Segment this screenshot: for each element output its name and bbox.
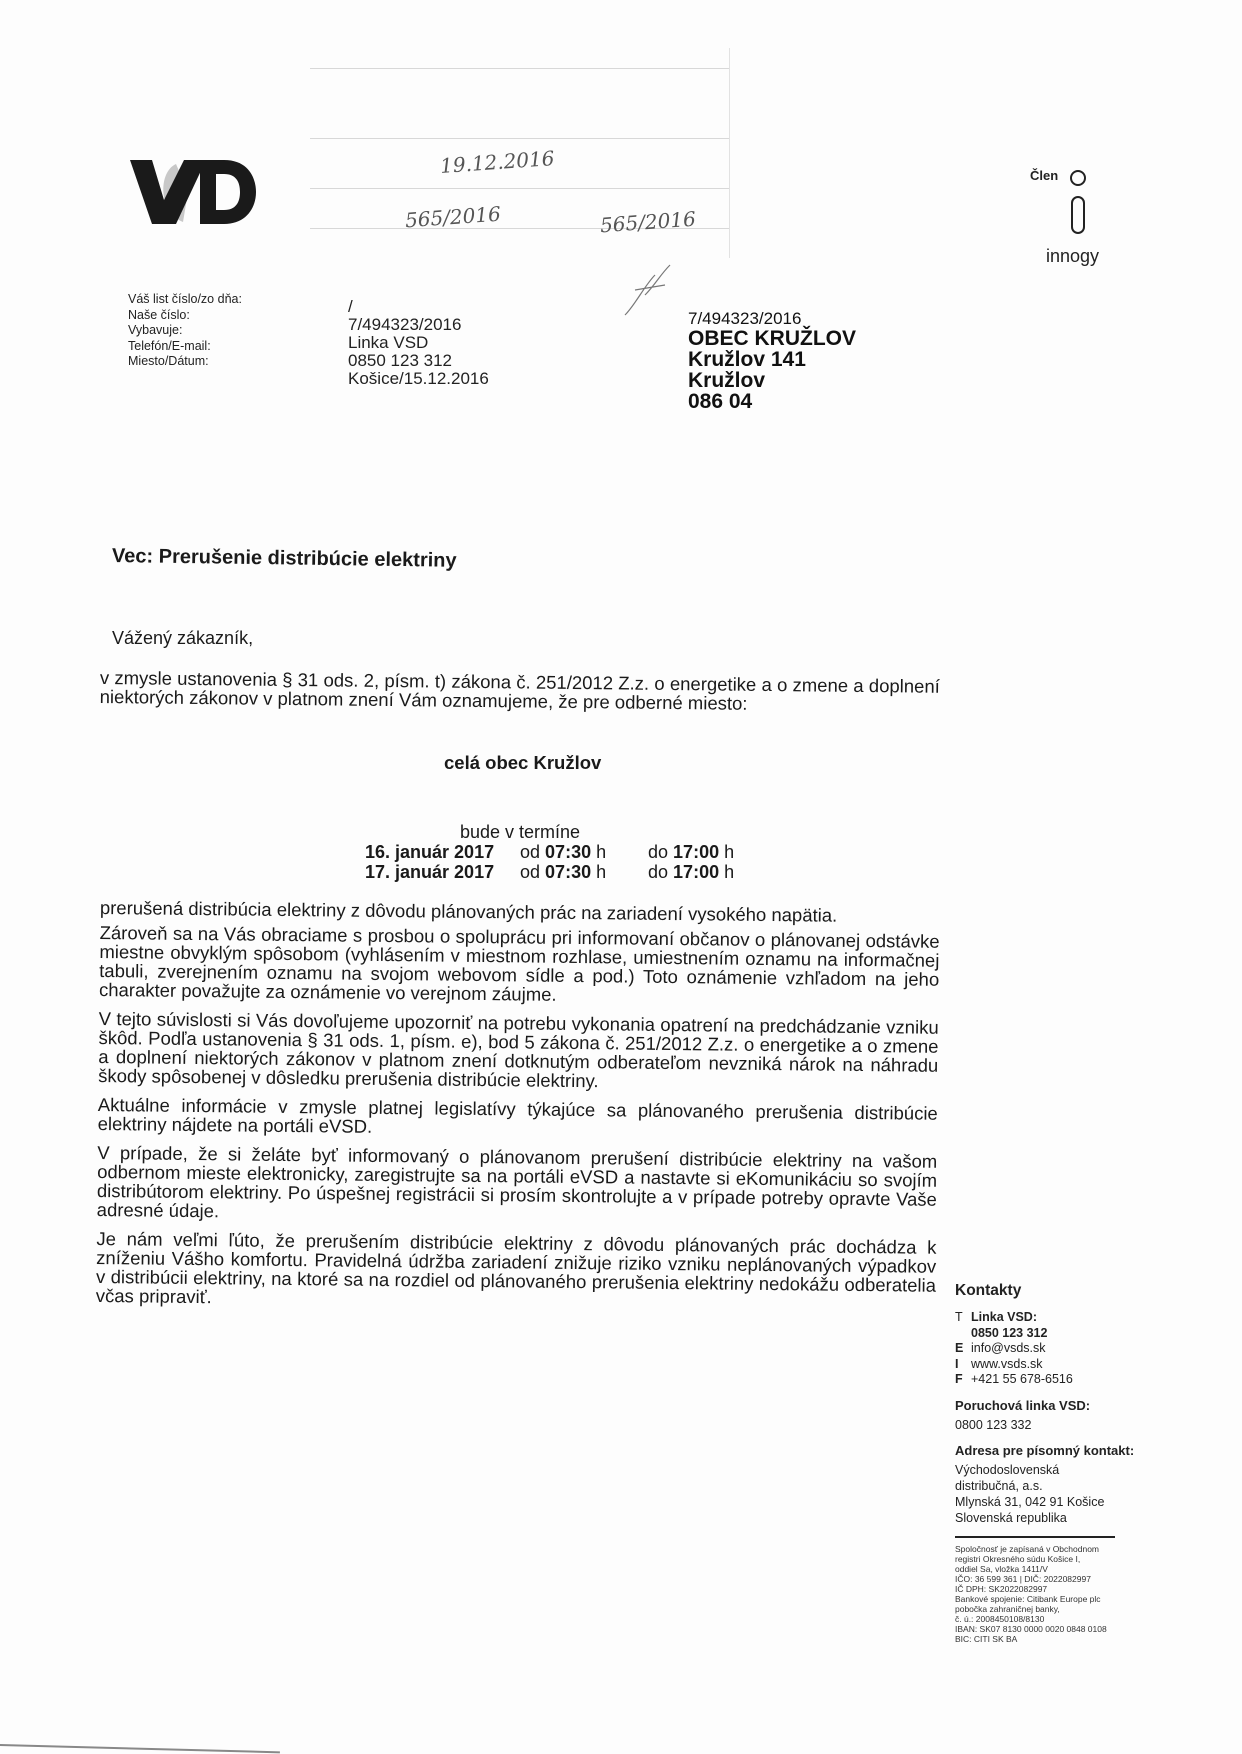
ref-value: / <box>348 298 489 316</box>
legal-line: IBAN: SK07 8130 0000 0020 0848 0108 <box>955 1624 1140 1634</box>
legal-line: IČO: 36 599 361 | DIČ: 2022082997 <box>955 1574 1140 1584</box>
legal-line: Bankové spojenie: Citibank Europe plc <box>955 1594 1140 1604</box>
signature <box>615 255 685 325</box>
greeting: Vážený zákazník, <box>112 628 253 649</box>
recipient-city: Kružlov <box>688 370 856 391</box>
legal-line: BIC: CITI SK BA <box>955 1634 1140 1644</box>
contacts-title: Kontakty <box>955 1282 1140 1300</box>
address-line: Východoslovenská <box>955 1462 1140 1478</box>
unit: h <box>724 842 734 862</box>
address-line: Slovenská republika <box>955 1510 1140 1526</box>
subject-line: Vec: Prerušenie distribúcie elektriny <box>112 545 457 573</box>
phone-key: T <box>955 1310 971 1326</box>
innogy-dot-icon <box>1070 170 1086 186</box>
recipient-street: Kružlov 141 <box>688 349 856 370</box>
to-label: do <box>648 862 668 882</box>
body-paragraph: Je nám veľmi ľúto, že prerušením distrib… <box>96 1229 937 1314</box>
ref-value: 7/494323/2016 <box>348 316 489 334</box>
legal-line: Spoločnosť je zapísaná v Obchodnom <box>955 1544 1140 1554</box>
term-heading: bude v termíne <box>460 822 580 843</box>
ref-label: Telefón/E-mail: <box>128 339 242 355</box>
fault-line-label: Poruchová linka VSD: <box>955 1398 1140 1413</box>
to-time: 17:00 <box>673 842 719 862</box>
legal-line: IČ DPH: SK2022082997 <box>955 1584 1140 1594</box>
innogy-logo-icon <box>1071 196 1085 234</box>
ref-value: Linka VSD <box>348 334 489 352</box>
ref-label: Naše číslo: <box>128 308 242 324</box>
unit: h <box>724 862 734 882</box>
schedule-date: 17. január 2017 <box>365 862 520 882</box>
recipient-name: OBEC KRUŽLOV <box>688 328 856 349</box>
legal-line: registri Okresného súdu Košice I, <box>955 1554 1140 1564</box>
recipient-address: 7/494323/2016 OBEC KRUŽLOV Kružlov 141 K… <box>688 310 856 412</box>
outage-schedule: 16. január 2017 od 07:30 h do 17:00 h 17… <box>365 842 734 882</box>
body-paragraph: Zároveň sa na Vás obraciame s prosbou o … <box>99 923 940 1008</box>
letter-body: prerušená distribúcia elektriny z dôvodu… <box>96 898 940 1324</box>
schedule-date: 16. január 2017 <box>365 842 520 862</box>
unit: h <box>596 842 606 862</box>
address-label: Adresa pre písomný kontakt: <box>955 1443 1140 1458</box>
from-time: 07:30 <box>545 862 591 882</box>
phone-label: Linka VSD: <box>971 1310 1037 1326</box>
recipient-ref: 7/494323/2016 <box>688 310 856 328</box>
unit: h <box>596 862 606 882</box>
recipient-zip: 086 04 <box>688 391 856 412</box>
intro-text: v zmysle ustanovenia § 31 ods. 2, písm. … <box>100 668 940 715</box>
intro-paragraph: v zmysle ustanovenia § 31 ods. 2, písm. … <box>99 668 939 725</box>
vsd-logo-icon <box>128 152 258 232</box>
legal-info: Spoločnosť je zapísaná v Obchodnom regis… <box>955 1544 1140 1644</box>
divider <box>955 1536 1115 1538</box>
ref-value: 0850 123 312 <box>348 352 489 370</box>
email-key: E <box>955 1341 971 1357</box>
postal-address: Východoslovenská distribučná, a.s. Mlyns… <box>955 1462 1140 1526</box>
member-label: Člen <box>1030 168 1058 183</box>
schedule-row: 16. január 2017 od 07:30 h do 17:00 h <box>365 842 734 862</box>
fax-key: F <box>955 1372 971 1388</box>
body-paragraph: V prípade, že si želáte byť informovaný … <box>97 1143 938 1228</box>
schedule-row: 17. január 2017 od 07:30 h do 17:00 h <box>365 862 734 882</box>
fax-value: +421 55 678-6516 <box>971 1372 1073 1388</box>
body-paragraph: Aktuálne informácie v zmysle platnej leg… <box>98 1095 938 1142</box>
body-paragraph: V tejto súvislosti si Vás dovoľujeme upo… <box>98 1009 939 1094</box>
email-link[interactable]: info@vsds.sk <box>971 1341 1046 1357</box>
ref-value: Košice/15.12.2016 <box>348 370 489 388</box>
reference-values: / 7/494323/2016 Linka VSD 0850 123 312 K… <box>348 298 489 388</box>
from-time: 07:30 <box>545 842 591 862</box>
ref-label: Váš list číslo/zo dňa: <box>128 292 242 308</box>
affected-place: celá obec Kružlov <box>444 752 601 774</box>
innogy-brand: innogy <box>1046 246 1099 267</box>
reference-labels: Váš list číslo/zo dňa: Naše číslo: Vybav… <box>128 292 242 370</box>
fault-line-value[interactable]: 0800 123 332 <box>955 1417 1140 1433</box>
legal-line: pobočka zahraničnej banky, <box>955 1604 1140 1614</box>
address-line: Mlynská 31, 042 91 Košice <box>955 1494 1140 1510</box>
scan-edge <box>0 1744 280 1753</box>
from-label: od <box>520 842 540 862</box>
to-time: 17:00 <box>673 862 719 882</box>
to-label: do <box>648 842 668 862</box>
phone-value[interactable]: 0850 123 312 <box>971 1326 1047 1342</box>
web-link[interactable]: www.vsds.sk <box>971 1357 1043 1373</box>
legal-line: č. ú.: 2008450108/8130 <box>955 1614 1140 1624</box>
contacts-sidebar: Kontakty TLinka VSD: 0850 123 312 Einfo@… <box>955 1282 1140 1644</box>
from-label: od <box>520 862 540 882</box>
body-paragraph: prerušená distribúcia elektriny z dôvodu… <box>100 898 940 926</box>
legal-line: oddiel Sa, vložka 1411/V <box>955 1564 1140 1574</box>
web-key: I <box>955 1357 971 1373</box>
ref-label: Vybavuje: <box>128 323 242 339</box>
address-line: distribučná, a.s. <box>955 1478 1140 1494</box>
ref-label: Miesto/Dátum: <box>128 354 242 370</box>
